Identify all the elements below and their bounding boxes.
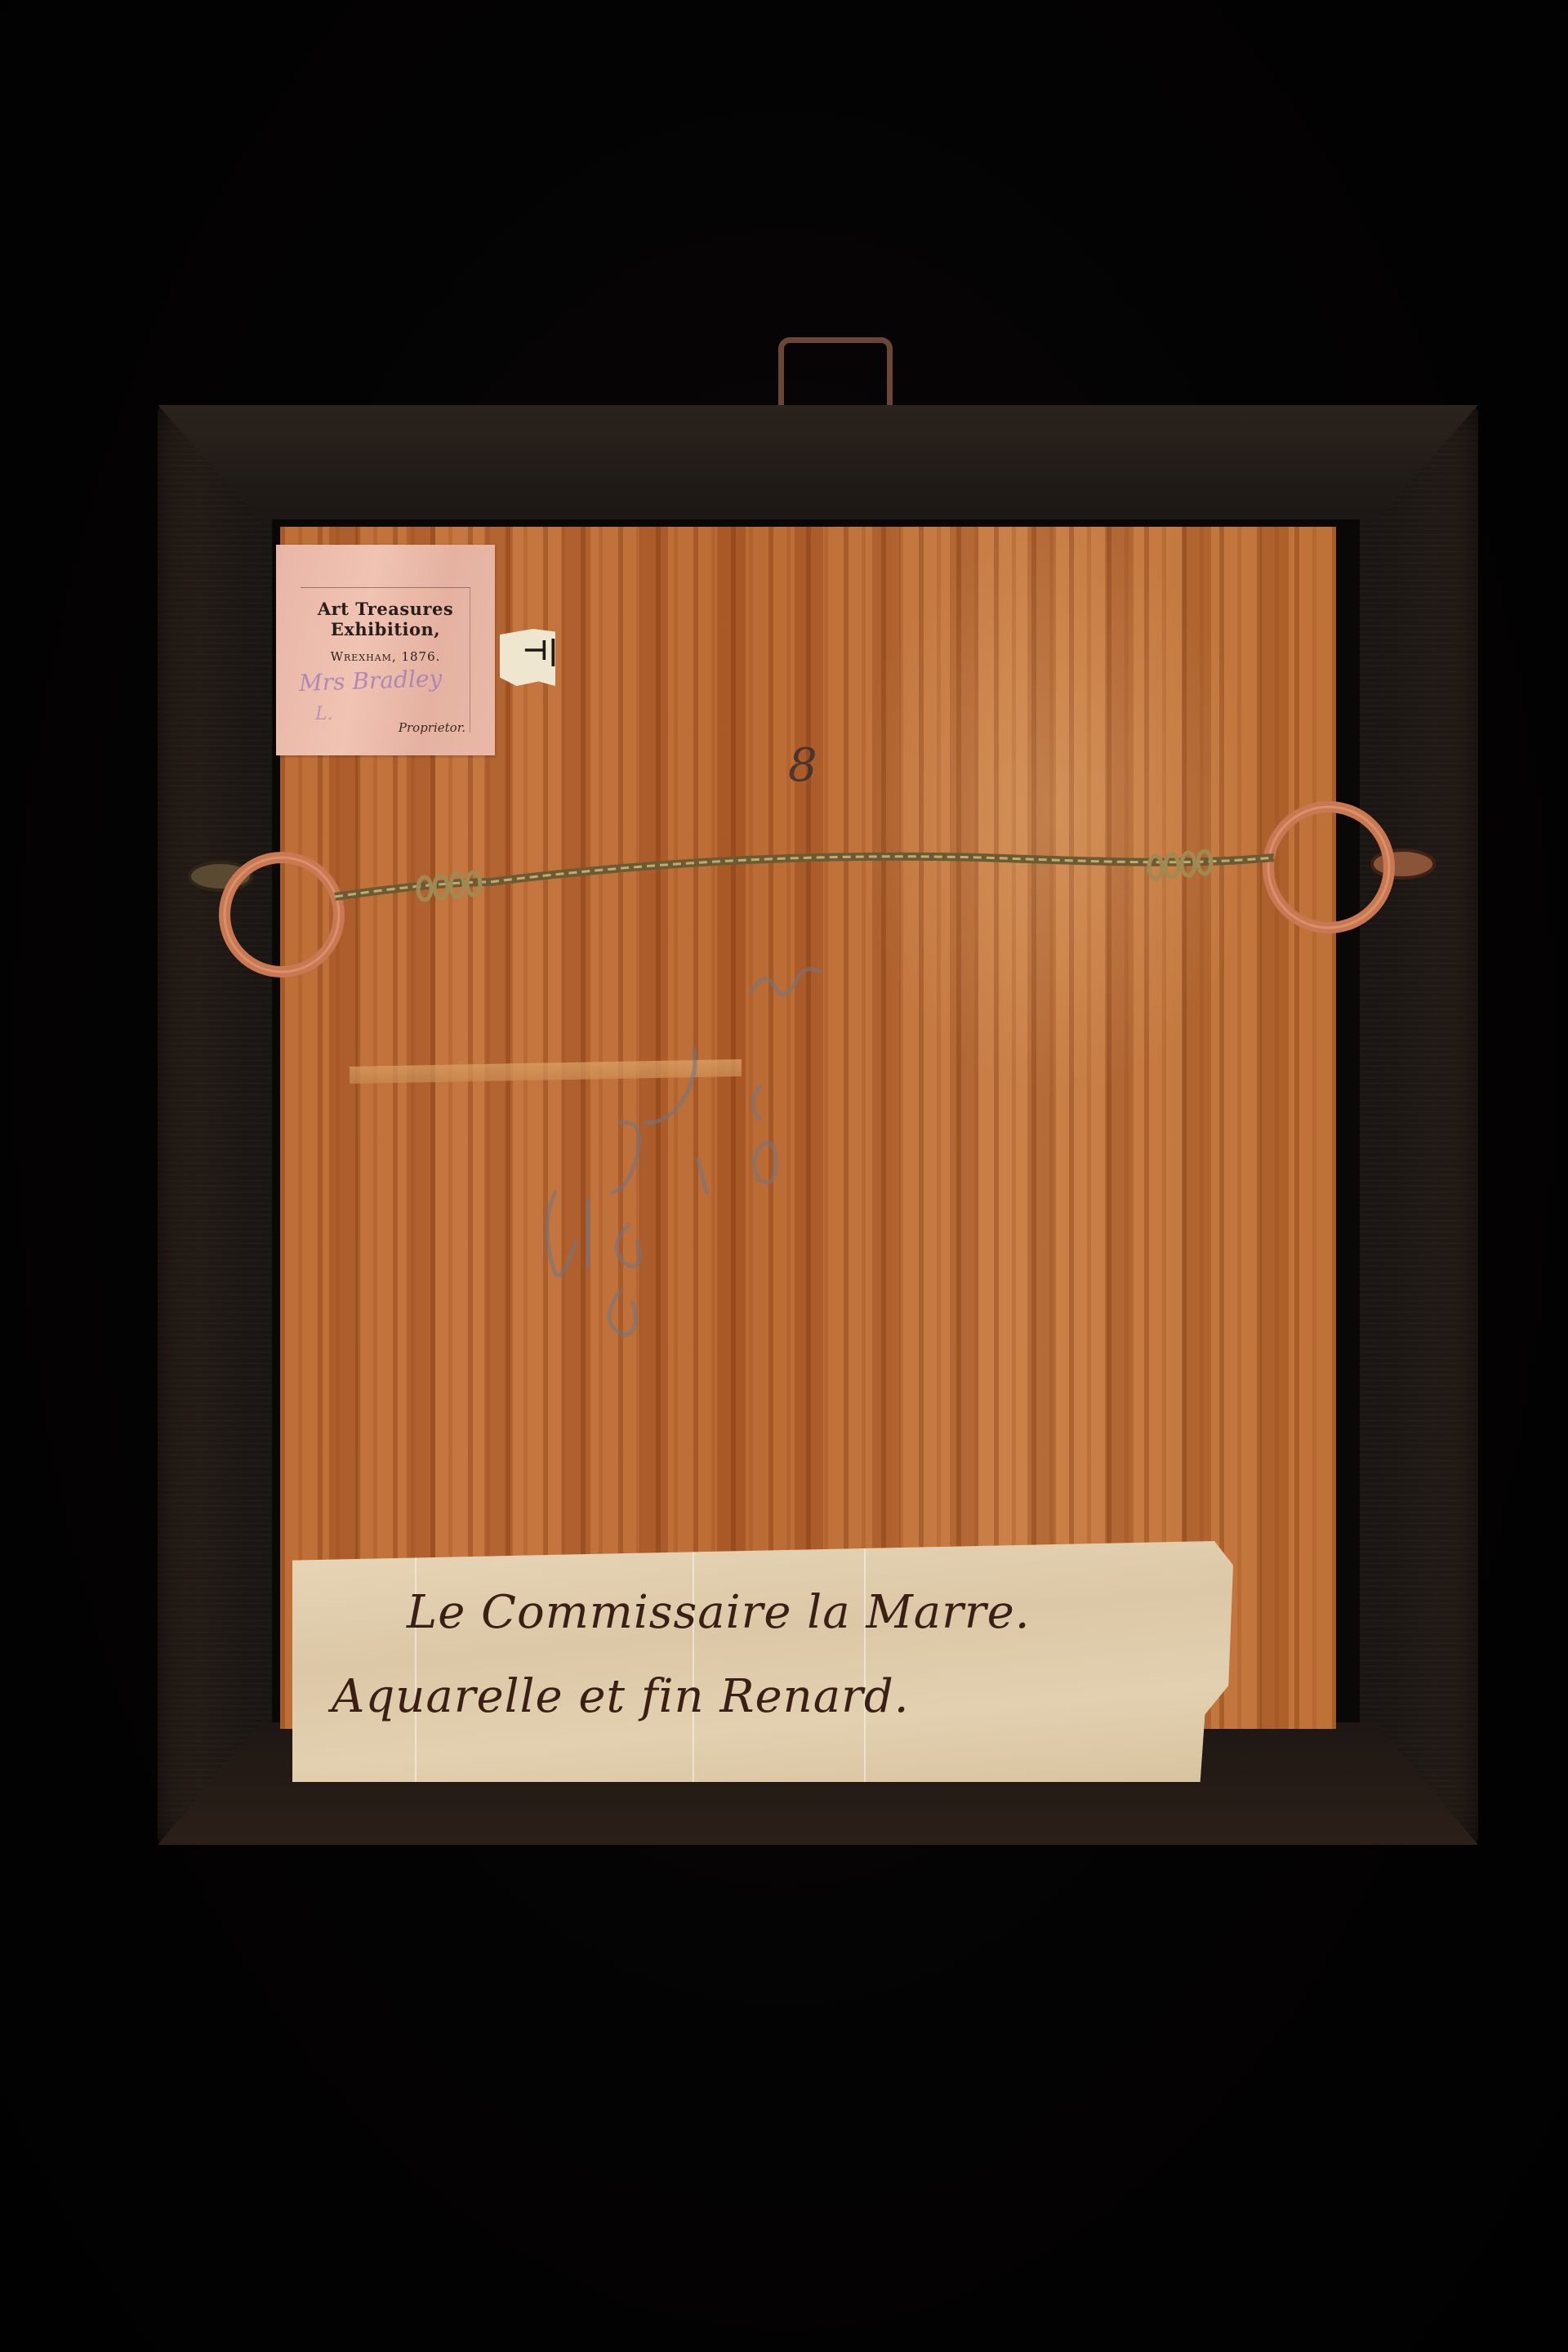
note-line-title: Le Commissaire la Marre. [407, 1586, 1031, 1639]
handwritten-note: Le Commissaire la Marre. Aquarelle et fi… [292, 1541, 1233, 1782]
note-line-medium: Aquarelle et fin Renard. [332, 1670, 910, 1723]
pencil-scrawl [547, 969, 821, 1335]
paper-crease [415, 1541, 416, 1782]
paper-crease [864, 1541, 866, 1782]
hanging-hardware [0, 0, 1568, 2352]
screw-eye-right [1372, 850, 1434, 878]
paper-crease [693, 1541, 694, 1782]
